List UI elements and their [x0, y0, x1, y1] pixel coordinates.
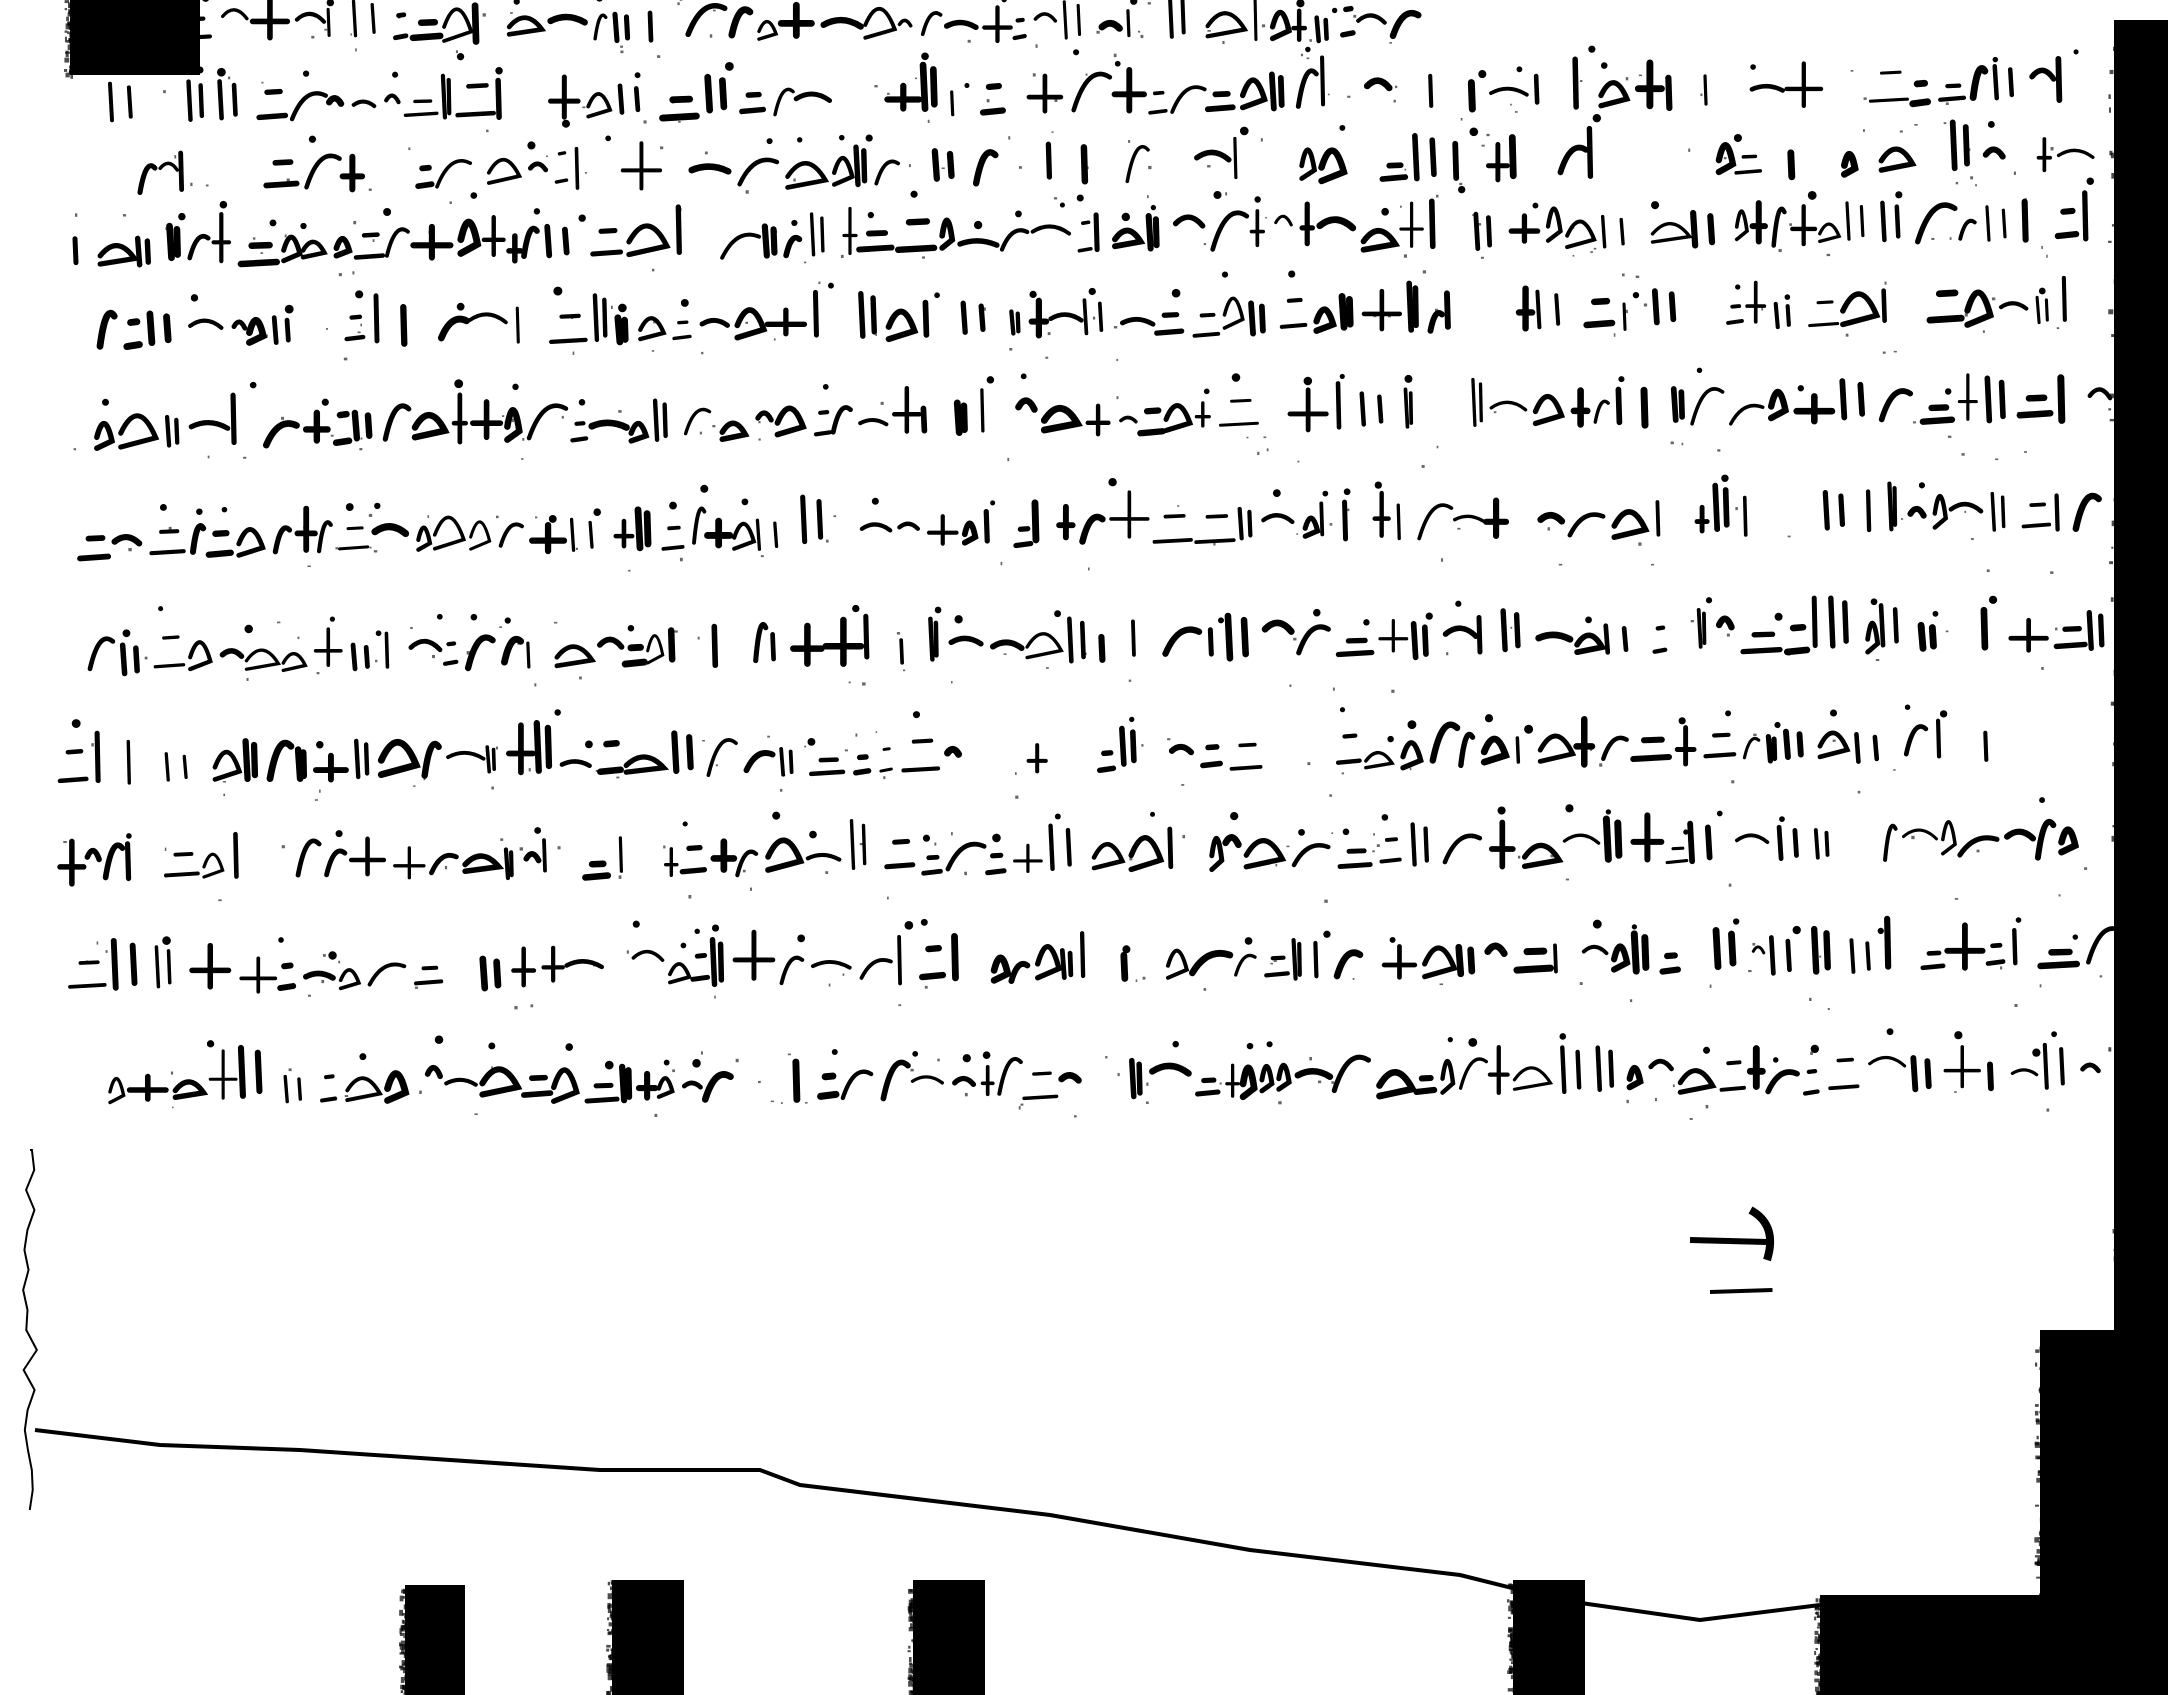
- bottom-right-block: [1820, 1595, 2168, 1695]
- manuscript-scan: [0, 0, 2168, 1695]
- bottom-tab-2: [612, 1580, 684, 1695]
- bottom-tab-1: [405, 1585, 465, 1695]
- bottom-tab-3: [913, 1580, 985, 1695]
